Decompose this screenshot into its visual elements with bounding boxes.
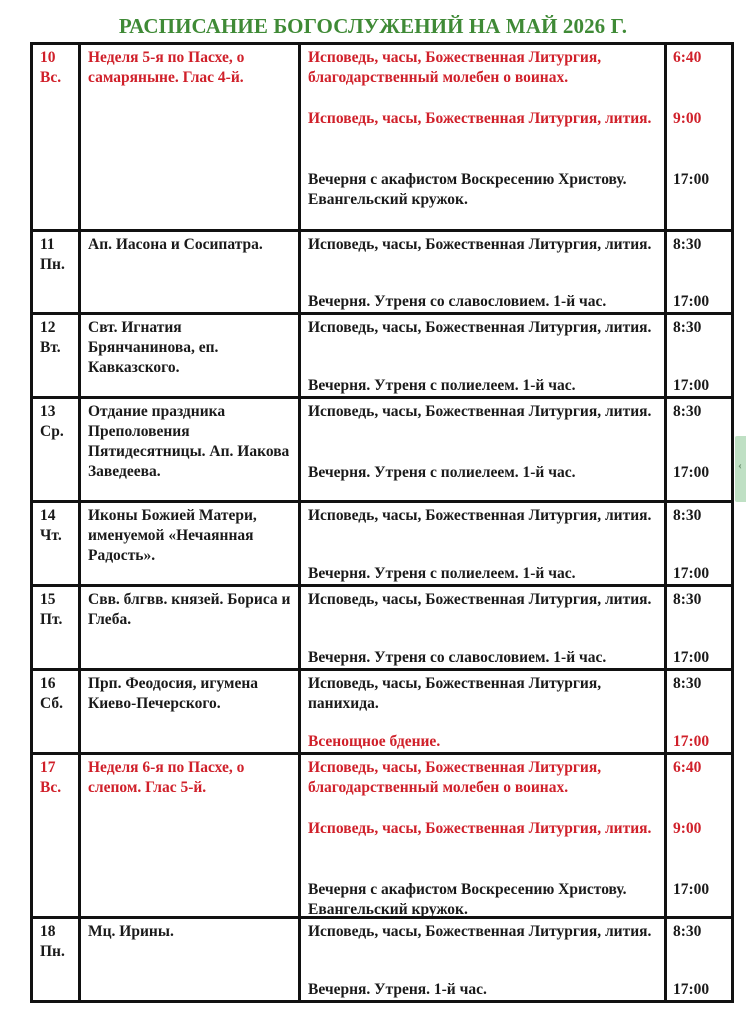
weekday: Пн. xyxy=(40,255,72,275)
services-cell: Исповедь, часы, Божественная Литургия, л… xyxy=(300,918,666,1002)
time-cell: 8:3017:00 xyxy=(666,314,733,398)
service-time: 8:30 xyxy=(673,674,701,694)
schedule-row: 16Сб.Прп. Феодосия, игумена Киево-Печерс… xyxy=(32,670,733,754)
day-number: 11 xyxy=(40,235,72,255)
weekday: Пн. xyxy=(40,942,72,962)
day-number: 15 xyxy=(40,590,72,610)
service-time: 9:00 xyxy=(673,109,701,129)
service-text: Исповедь, часы, Божественная Литургия, л… xyxy=(308,318,660,338)
feast-cell: Неделя 5-я по Пасхе, о самаряныне. Глас … xyxy=(80,44,300,231)
service-time: 6:40 xyxy=(673,758,701,778)
weekday: Сб. xyxy=(40,694,72,714)
day-number: 18 xyxy=(40,922,72,942)
schedule-row: 17Вс.Неделя 6-я по Пасхе, о слепом. Глас… xyxy=(32,754,733,918)
schedule-row: 14Чт.Иконы Божией Матери, именуемой «Неч… xyxy=(32,502,733,586)
service-time: 17:00 xyxy=(673,376,709,396)
feast-name: Мц. Ирины. xyxy=(88,922,292,942)
feast-cell: Свт. Игнатия Брянчанинова, еп. Кавказско… xyxy=(80,314,300,398)
page-title: РАСПИСАНИЕ БОГОСЛУЖЕНИЙ НА МАЙ 2026 Г. xyxy=(0,12,746,40)
service-text: Исповедь, часы, Божественная Литургия, л… xyxy=(308,235,660,255)
service-time: 6:40 xyxy=(673,48,701,68)
schedule-row: 12Вт.Свт. Игнатия Брянчанинова, еп. Кавк… xyxy=(32,314,733,398)
services-cell: Исповедь, часы, Божественная Литургия, п… xyxy=(300,670,666,754)
day-number: 17 xyxy=(40,758,72,778)
feast-name: Отдание праздника Преполовения Пятидесят… xyxy=(88,402,292,482)
service-text: Исповедь, часы, Божественная Литургия, б… xyxy=(308,48,660,88)
services-cell: Исповедь, часы, Божественная Литургия, л… xyxy=(300,231,666,314)
time-cell: 6:409:0017:00 xyxy=(666,754,733,918)
schedule-row: 11Пн.Ап. Иасона и Сосипатра.Исповедь, ча… xyxy=(32,231,733,314)
day-cell: 13Ср. xyxy=(32,398,80,502)
day-number: 16 xyxy=(40,674,72,694)
service-time: 8:30 xyxy=(673,922,701,942)
service-text: Исповедь, часы, Божественная Литургия, л… xyxy=(308,506,660,526)
day-number: 10 xyxy=(40,48,72,68)
time-cell: 8:3017:00 xyxy=(666,502,733,586)
feast-cell: Иконы Божией Матери, именуемой «Нечаянна… xyxy=(80,502,300,586)
service-time: 8:30 xyxy=(673,402,701,422)
day-cell: 11Пн. xyxy=(32,231,80,314)
schedule-row: 18Пн.Мц. Ирины.Исповедь, часы, Божествен… xyxy=(32,918,733,1002)
service-text: Вечерня. Утреня с полиелеем. 1-й час. xyxy=(308,376,660,396)
feast-name: Ап. Иасона и Сосипатра. xyxy=(88,235,292,255)
time-cell: 6:409:0017:00 xyxy=(666,44,733,231)
weekday: Вс. xyxy=(40,68,72,88)
day-cell: 16Сб. xyxy=(32,670,80,754)
services-cell: Исповедь, часы, Божественная Литургия, б… xyxy=(300,754,666,918)
feast-name: Прп. Феодосия, игумена Киево-Печерского. xyxy=(88,674,292,714)
feast-name: Иконы Божией Матери, именуемой «Нечаянна… xyxy=(88,506,292,566)
schedule-row: 13Ср.Отдание праздника Преполовения Пяти… xyxy=(32,398,733,502)
schedule-row: 10Вс.Неделя 5-я по Пасхе, о самаряныне. … xyxy=(32,44,733,231)
day-cell: 18Пн. xyxy=(32,918,80,1002)
services-cell: Исповедь, часы, Божественная Литургия, л… xyxy=(300,502,666,586)
day-cell: 12Вт. xyxy=(32,314,80,398)
time-cell: 8:3017:00 xyxy=(666,918,733,1002)
day-number: 12 xyxy=(40,318,72,338)
service-text: Исповедь, часы, Божественная Литургия, б… xyxy=(308,758,660,798)
side-panel-tab[interactable]: ‹ xyxy=(735,436,746,502)
service-text: Вечерня с акафистом Воскресению Христову… xyxy=(308,170,660,210)
services-cell: Исповедь, часы, Божественная Литургия, л… xyxy=(300,314,666,398)
service-text: Вечерня. Утреня. 1-й час. xyxy=(308,980,660,1000)
service-text: Исповедь, часы, Божественная Литургия, л… xyxy=(308,590,660,610)
service-text: Исповедь, часы, Божественная Литургия, л… xyxy=(308,922,660,942)
services-cell: Исповедь, часы, Божественная Литургия, л… xyxy=(300,586,666,670)
feast-cell: Ап. Иасона и Сосипатра. xyxy=(80,231,300,314)
service-time: 8:30 xyxy=(673,235,701,255)
weekday: Пт. xyxy=(40,610,72,630)
time-cell: 8:3017:00 xyxy=(666,586,733,670)
feast-name: Неделя 6-я по Пасхе, о слепом. Глас 5-й. xyxy=(88,758,292,798)
service-time: 17:00 xyxy=(673,980,709,1000)
feast-cell: Свв. блгвв. князей. Бориса и Глеба. xyxy=(80,586,300,670)
weekday: Вт. xyxy=(40,338,72,358)
day-cell: 14Чт. xyxy=(32,502,80,586)
day-cell: 17Вс. xyxy=(32,754,80,918)
service-time: 8:30 xyxy=(673,590,701,610)
service-time: 9:00 xyxy=(673,819,701,839)
schedule-table: 10Вс.Неделя 5-я по Пасхе, о самаряныне. … xyxy=(30,42,734,1003)
day-cell: 15Пт. xyxy=(32,586,80,670)
day-cell: 10Вс. xyxy=(32,44,80,231)
service-time: 17:00 xyxy=(673,880,709,900)
service-text: Всенощное бдение. xyxy=(308,732,660,752)
weekday: Ср. xyxy=(40,422,72,442)
feast-cell: Неделя 6-я по Пасхе, о слепом. Глас 5-й. xyxy=(80,754,300,918)
service-time: 17:00 xyxy=(673,170,709,190)
time-cell: 8:3017:00 xyxy=(666,670,733,754)
day-number: 13 xyxy=(40,402,72,422)
feast-name: Свт. Игнатия Брянчанинова, еп. Кавказско… xyxy=(88,318,292,378)
services-cell: Исповедь, часы, Божественная Литургия, л… xyxy=(300,398,666,502)
service-time: 17:00 xyxy=(673,292,709,312)
schedule-row: 15Пт.Свв. блгвв. князей. Бориса и Глеба.… xyxy=(32,586,733,670)
feast-cell: Отдание праздника Преполовения Пятидесят… xyxy=(80,398,300,502)
service-text: Исповедь, часы, Божественная Литургия, п… xyxy=(308,674,660,714)
service-time: 17:00 xyxy=(673,463,709,483)
service-time: 8:30 xyxy=(673,318,701,338)
time-cell: 8:3017:00 xyxy=(666,231,733,314)
service-text: Исповедь, часы, Божественная Литургия, л… xyxy=(308,109,660,129)
service-text: Вечерня. Утреня со славословием. 1-й час… xyxy=(308,648,660,668)
service-time: 17:00 xyxy=(673,648,709,668)
weekday: Чт. xyxy=(40,526,72,546)
weekday: Вс. xyxy=(40,778,72,798)
feast-cell: Мц. Ирины. xyxy=(80,918,300,1002)
feast-name: Неделя 5-я по Пасхе, о самаряныне. Глас … xyxy=(88,48,292,88)
feast-cell: Прп. Феодосия, игумена Киево-Печерского. xyxy=(80,670,300,754)
service-text: Вечерня. Утреня с полиелеем. 1-й час. xyxy=(308,564,660,584)
service-text: Исповедь, часы, Божественная Литургия, л… xyxy=(308,819,660,839)
service-time: 17:00 xyxy=(673,732,709,752)
service-time: 17:00 xyxy=(673,564,709,584)
service-time: 8:30 xyxy=(673,506,701,526)
time-cell: 8:3017:00 xyxy=(666,398,733,502)
service-text: Вечерня. Утреня со славословием. 1-й час… xyxy=(308,292,660,312)
feast-name: Свв. блгвв. князей. Бориса и Глеба. xyxy=(88,590,292,630)
service-text: Исповедь, часы, Божественная Литургия, л… xyxy=(308,402,660,422)
service-text: Вечерня с акафистом Воскресению Христову… xyxy=(308,880,660,920)
chevron-left-icon: ‹ xyxy=(738,458,742,473)
day-number: 14 xyxy=(40,506,72,526)
service-text: Вечерня. Утреня с полиелеем. 1-й час. xyxy=(308,463,660,483)
services-cell: Исповедь, часы, Божественная Литургия, б… xyxy=(300,44,666,231)
